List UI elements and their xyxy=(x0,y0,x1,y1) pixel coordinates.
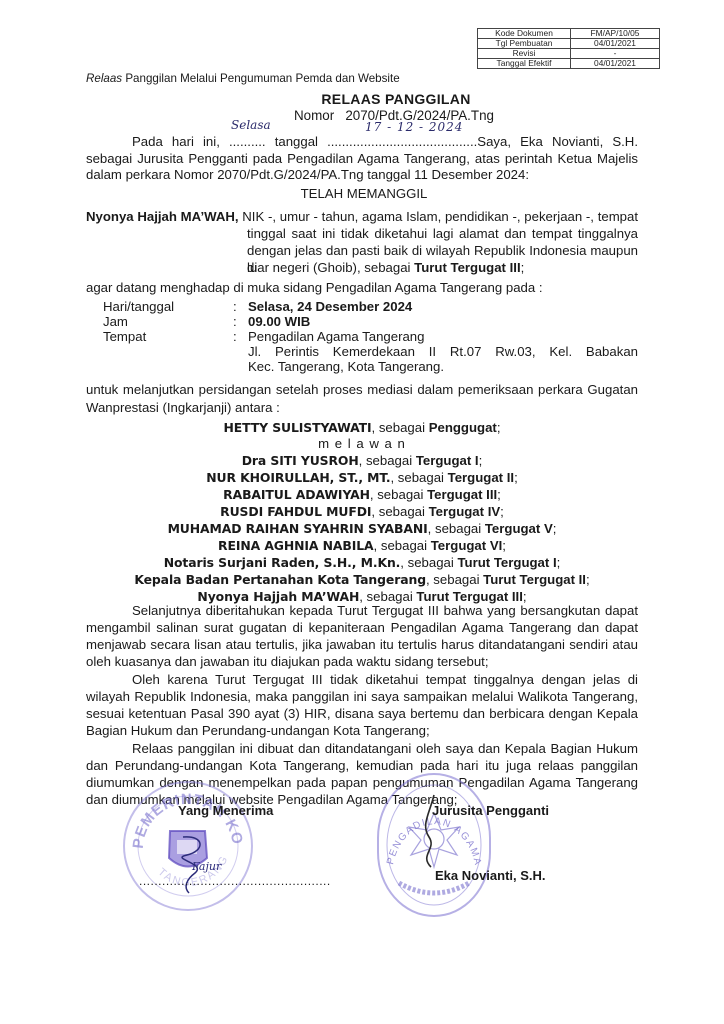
party-role: Tergugat V xyxy=(485,521,553,536)
hearing-address: Jl. Perintis Kemerdekaan II Rt.07 Rw.03,… xyxy=(248,344,638,360)
party-defendant-6: REINA AGHNIA NABILA, sebagai Tergugat VI… xyxy=(0,537,724,554)
party-role: Tergugat III xyxy=(427,487,497,502)
document-subtitle: Relaas Panggilan Melalui Pengumuman Pemd… xyxy=(86,72,400,85)
party-plaintiff: HETTY SULISTYAWATI, sebagai Penggugat; xyxy=(0,419,724,436)
receiver-handwritten-name: Fajur xyxy=(192,860,221,873)
opening-line-2: sebagai Jurusita Pengganti pada Pengadil… xyxy=(86,150,638,167)
party-role: Turut Tergugat I xyxy=(457,555,556,570)
section-heading: TELAH MEMANGGIL xyxy=(0,186,724,201)
recipient-role: Turut Tergugat III xyxy=(414,260,520,275)
table-cell-key: Tanggal Efektif xyxy=(478,59,571,69)
punctuation: ; xyxy=(514,470,518,485)
recipient-role-prefix: luar negeri (Ghoib), sebagai xyxy=(247,260,414,275)
punctuation: ; xyxy=(557,555,561,570)
table-cell-key: Revisi xyxy=(478,49,571,59)
party-connector: , sebagai xyxy=(374,538,431,553)
paragraph-service-method: Oleh karena Turut Tergugat III tidak dik… xyxy=(86,671,638,739)
schedule-label: Jam xyxy=(103,314,128,330)
receiver-label: Yang Menerima xyxy=(178,803,273,818)
hearing-address-city: Kec. Tangerang, Kota Tangerang. xyxy=(248,359,638,375)
party-co-defendant-2: Kepala Badan Pertanahan Kota Tangerang, … xyxy=(0,571,724,588)
party-role: Tergugat IV xyxy=(429,504,501,519)
table-row: Tgl Pembuatan04/01/2021 xyxy=(478,39,660,49)
party-name: Notaris Surjani Raden, S.H., M.Kn. xyxy=(164,555,401,570)
hearing-place: Pengadilan Agama Tangerang xyxy=(248,329,638,345)
page-title: RELAAS PANGGILAN xyxy=(0,91,724,107)
party-role: Tergugat II xyxy=(448,470,514,485)
table-row: Revisi- xyxy=(478,49,660,59)
bailiff-name: Eka Novianti, S.H. xyxy=(435,868,546,883)
schedule-label: Tempat xyxy=(103,329,146,345)
punctuation: ; xyxy=(521,260,525,275)
party-defendant-2: NUR KHOIRULLAH, ST., MT., sebagai Tergug… xyxy=(0,469,724,486)
case-number: Nomor 2070/Pdt.G/2024/PA.Tng xyxy=(0,108,724,123)
party-connector: , sebagai xyxy=(371,504,428,519)
party-name: Kepala Badan Pertanahan Kota Tangerang xyxy=(134,572,426,587)
punctuation: ; xyxy=(586,572,590,587)
party-co-defendant-1: Notaris Surjani Raden, S.H., M.Kn., seba… xyxy=(0,554,724,571)
document-page: Kode DokumenFM/AP/10/05 Tgl Pembuatan04/… xyxy=(0,0,724,1024)
recipient-line-1: Nyonya Hajjah MA’WAH, NIK -, umur - tahu… xyxy=(86,208,638,225)
party-role: Turut Tergugat II xyxy=(483,572,586,587)
party-name: MUHAMAD RAIHAN SYAHRIN SYABANI xyxy=(168,521,428,536)
recipient-details: NIK -, umur - tahun, agama Islam, pendid… xyxy=(242,209,638,224)
colon: : xyxy=(233,299,237,315)
punctuation: ; xyxy=(497,487,501,502)
party-name: RABAITUL ADAWIYAH xyxy=(223,487,370,502)
recipient-line-4: luar negeri (Ghoib), sebagai Turut Tergu… xyxy=(247,259,638,276)
party-name: REINA AGHNIA NABILA xyxy=(218,538,374,553)
colon: : xyxy=(233,314,237,330)
court-stamp: PENGADILAN AGAMA TANGERANG xyxy=(377,773,491,917)
punctuation: ; xyxy=(502,538,506,553)
table-cell-value: 04/01/2021 xyxy=(571,59,660,69)
versus-label: m e l a w a n xyxy=(0,435,724,452)
recipient-name: Nyonya Hajjah MA’WAH, xyxy=(86,209,239,224)
paragraph-notification: Selanjutnya diberitahukan kepada Turut T… xyxy=(86,602,638,670)
court-emblem-icon: PENGADILAN AGAMA TANGERANG xyxy=(379,775,489,915)
party-defendant-3: RABAITUL ADAWIYAH, sebagai Tergugat III; xyxy=(0,486,724,503)
party-role: Tergugat I xyxy=(416,453,479,468)
party-defendant-5: MUHAMAD RAIHAN SYAHRIN SYABANI, sebagai … xyxy=(0,520,724,537)
party-name: Dra SITI YUSROH xyxy=(242,453,359,468)
table-row: Tanggal Efektif04/01/2021 xyxy=(478,59,660,69)
party-connector: , sebagai xyxy=(400,555,457,570)
city-government-stamp: PEMERINTAH KOTA TANGERANG xyxy=(123,781,253,911)
party-name: NUR KHOIRULLAH, ST., MT. xyxy=(206,470,390,485)
opening-line-3: dalam perkara Nomor 2070/Pdt.G/2024/PA.T… xyxy=(86,166,638,183)
table-cell-value: FM/AP/10/05 xyxy=(571,29,660,39)
punctuation: ; xyxy=(479,453,483,468)
subtitle-italic: Relaas xyxy=(86,72,122,85)
document-control-table: Kode DokumenFM/AP/10/05 Tgl Pembuatan04/… xyxy=(477,28,660,69)
table-cell-key: Tgl Pembuatan xyxy=(478,39,571,49)
stamp-emblem-icon: PEMERINTAH KOTA TANGERANG xyxy=(125,783,251,909)
summons-instruction: agar datang menghadap di muka sidang Pen… xyxy=(86,279,638,296)
table-cell-value: 04/01/2021 xyxy=(571,39,660,49)
recipient-line-2: tinggal saat ini tidak diketahui lagi al… xyxy=(247,225,638,242)
subtitle-text: Panggilan Melalui Pengumuman Pemda dan W… xyxy=(122,72,400,85)
table-cell-key: Kode Dokumen xyxy=(478,29,571,39)
opening-line-1: Pada hari ini, .......... tanggal ......… xyxy=(86,133,638,150)
party-name: RUSDI FAHDUL MUFDI xyxy=(220,504,371,519)
party-defendant-1: Dra SITI YUSROH, sebagai Tergugat I; xyxy=(0,452,724,469)
colon: : xyxy=(233,329,237,345)
party-role: Tergugat VI xyxy=(431,538,503,553)
hearing-time: 09.00 WIB xyxy=(248,314,638,330)
schedule-label: Hari/tanggal xyxy=(103,299,174,315)
party-name: HETTY SULISTYAWATI xyxy=(224,420,372,435)
party-connector: , sebagai xyxy=(359,453,416,468)
bailiff-label: Jurusita Pengganti xyxy=(432,803,549,818)
table-row: Kode DokumenFM/AP/10/05 xyxy=(478,29,660,39)
party-defendant-4: RUSDI FAHDUL MUFDI, sebagai Tergugat IV; xyxy=(0,503,724,520)
hearing-date: Selasa, 24 Desember 2024 xyxy=(248,299,638,315)
handwritten-date: 17 - 12 - 2024 xyxy=(365,120,463,134)
punctuation: ; xyxy=(553,521,557,536)
party-connector: , sebagai xyxy=(372,420,429,435)
punctuation: ; xyxy=(500,504,504,519)
party-connector: , sebagai xyxy=(426,572,483,587)
continuation-line-1: untuk melanjutkan persidangan setelah pr… xyxy=(86,381,638,398)
party-connector: , sebagai xyxy=(370,487,427,502)
table-cell-value: - xyxy=(571,49,660,59)
punctuation: ; xyxy=(497,420,501,435)
handwritten-day: Selasa xyxy=(231,118,271,132)
continuation-line-2: Wanprestasi (Ingkarjanji) antara : xyxy=(86,399,638,416)
party-connector: , sebagai xyxy=(390,470,447,485)
party-connector: , sebagai xyxy=(428,521,485,536)
receiver-signature-line: ........................................… xyxy=(139,874,331,888)
party-role: Penggugat xyxy=(429,420,497,435)
